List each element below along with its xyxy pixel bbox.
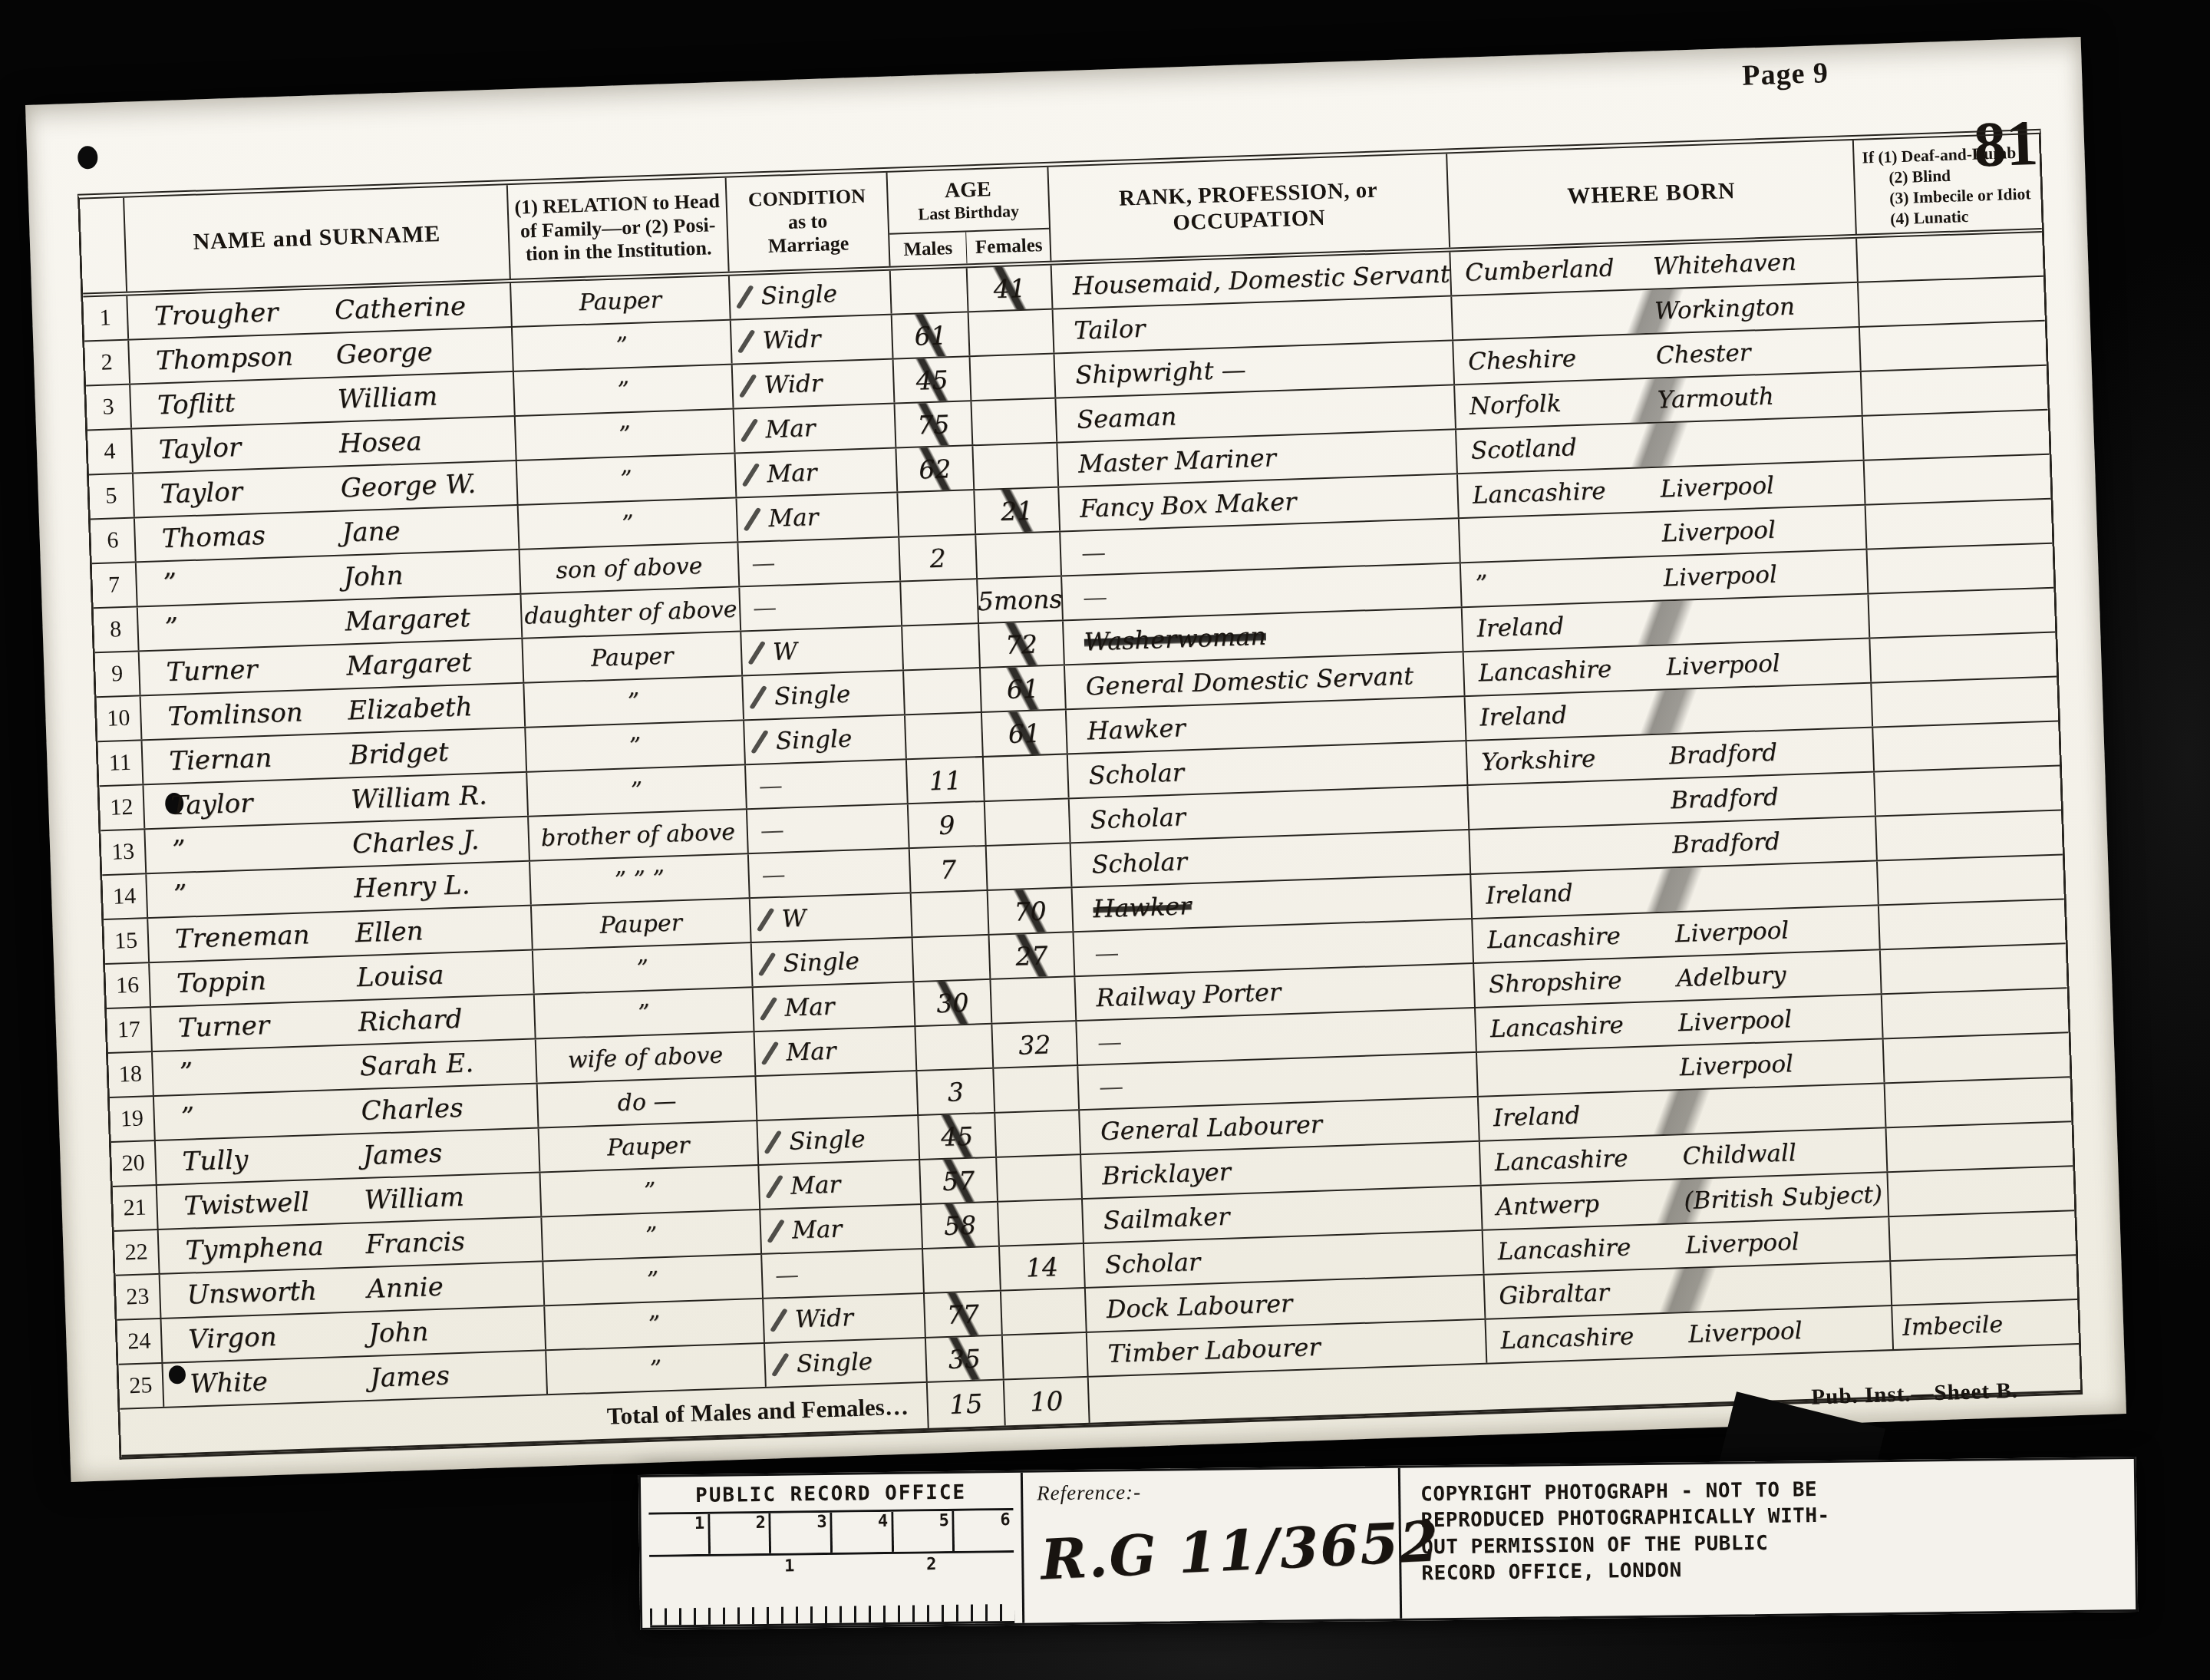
age-males-cell: 35 xyxy=(926,1336,1004,1381)
surname: Thompson xyxy=(155,340,336,377)
header-row-number xyxy=(80,198,127,293)
born-county: ” xyxy=(1475,564,1664,598)
age-males-cell: 3 xyxy=(917,1069,995,1114)
ruler-segment: 6 xyxy=(955,1510,1014,1551)
surname: Toppin xyxy=(176,962,357,999)
age-males-cell: 45 xyxy=(919,1114,997,1159)
surname: ” xyxy=(172,829,353,866)
age-males-cell: 61 xyxy=(892,312,971,358)
born-county: Lancashire xyxy=(1478,653,1667,687)
born-town: Adelbury xyxy=(1676,961,1786,992)
born-county: Ireland xyxy=(1493,1098,1681,1132)
born-county: Lancashire xyxy=(1472,476,1661,510)
born-county: Lancashire xyxy=(1497,1232,1686,1266)
condition-cell xyxy=(756,1071,919,1120)
born-county: Cumberland xyxy=(1465,253,1654,287)
age-males-cell: 57 xyxy=(920,1158,998,1203)
ruler-segment: 2 xyxy=(710,1513,771,1554)
occupation-value: Timber Labourer xyxy=(1107,1332,1321,1368)
born-county: Ireland xyxy=(1476,609,1665,642)
surname: Tiernan xyxy=(169,740,350,777)
pencil-tick xyxy=(736,285,754,309)
age-females-cell: 41 xyxy=(968,266,1054,312)
forename: Charles J. xyxy=(351,825,480,860)
forename: George xyxy=(335,337,433,371)
age-males-cell xyxy=(905,713,984,758)
age-females-cell xyxy=(997,1155,1083,1201)
ruler-segment-number: 4 xyxy=(878,1512,889,1531)
born-town: Liverpool xyxy=(1677,1005,1792,1037)
condition-value: — xyxy=(760,817,783,845)
forename: George W. xyxy=(340,469,477,504)
ruler-segment-number: 5 xyxy=(939,1511,950,1530)
relation-cell: ” xyxy=(540,1166,760,1216)
occupation-value: — xyxy=(1080,538,1104,568)
relation-cell: ” xyxy=(527,765,747,815)
condition-cell: Single xyxy=(730,271,892,319)
condition-value: Single xyxy=(789,1125,866,1155)
relation-cell: son of above xyxy=(520,543,741,592)
condition-value: Mar xyxy=(786,1038,836,1067)
age-females-cell: 61 xyxy=(981,665,1067,711)
ruler-segment-number: 2 xyxy=(756,1513,767,1533)
age-females-cell xyxy=(994,1066,1080,1112)
infirmity-cell xyxy=(1887,1122,2074,1171)
condition-cell: — xyxy=(740,582,902,630)
condition-value: Mar xyxy=(768,503,819,533)
condition-cell: Widr xyxy=(764,1294,926,1342)
header-age-males: Males xyxy=(889,232,967,266)
pencil-tick xyxy=(771,1352,790,1377)
pencil-tick xyxy=(749,685,767,710)
infirmity-cell xyxy=(1882,989,2070,1038)
pencil-tick xyxy=(764,1130,782,1155)
condition-cell: Mar xyxy=(736,449,899,497)
row-number: 14 xyxy=(102,874,148,919)
occupation-value: Washerwoman xyxy=(1084,622,1266,657)
age-females-cell xyxy=(1001,1289,1087,1335)
age-females-cell xyxy=(971,399,1057,445)
infirmity-cell xyxy=(1868,544,2055,593)
age-males-cell: 58 xyxy=(922,1203,1000,1248)
occupation-value: General Domestic Servant xyxy=(1085,661,1413,701)
infirmity-cell xyxy=(1863,411,2050,460)
forename: Sarah E. xyxy=(359,1048,474,1082)
born-town: Liverpool xyxy=(1660,472,1774,503)
row-number: 10 xyxy=(97,696,143,741)
forename: Charles xyxy=(361,1093,463,1127)
age-females-cell: 72 xyxy=(979,621,1065,667)
forename: Henry L. xyxy=(353,870,470,904)
row-number: 2 xyxy=(84,341,130,385)
pencil-tick xyxy=(741,418,759,443)
relation-cell: ” xyxy=(519,498,739,548)
age-males-cell: 2 xyxy=(899,535,978,580)
born-town: Liverpool xyxy=(1666,650,1780,682)
age-males-cell: 7 xyxy=(910,847,988,892)
surname: Turner xyxy=(166,651,347,688)
page-label: Page 9 xyxy=(1742,56,1829,93)
born-county xyxy=(1483,800,1671,807)
photograph-background: Page 9 81 NAME and SURNAME (1) RELATION … xyxy=(0,0,2210,1680)
surname: Taylor xyxy=(160,474,341,510)
infirmity-cell xyxy=(1875,766,2062,815)
forename: Hosea xyxy=(338,426,422,460)
header-age-title: AGE xyxy=(944,177,991,203)
condition-value: — xyxy=(751,550,774,578)
header-age: AGE Last Birthday Males Females xyxy=(888,167,1052,266)
relation-cell: daughter of above xyxy=(521,587,741,637)
row-number: 5 xyxy=(89,474,135,519)
occupation-value: — xyxy=(1099,1071,1123,1101)
born-county: Scotland xyxy=(1470,431,1659,465)
occupation-value: Scholar xyxy=(1090,802,1186,834)
occupation-value: Shipwright — xyxy=(1075,355,1246,389)
condition-value: Mar xyxy=(792,1215,843,1244)
born-town: Bradford xyxy=(1672,828,1781,860)
born-county: Ireland xyxy=(1486,876,1674,909)
condition-cell: Single xyxy=(752,938,915,986)
infirmity-cell xyxy=(1873,721,2060,771)
infirmity-cell xyxy=(1870,633,2057,682)
infirmity-cell xyxy=(1878,855,2065,904)
row-number: 7 xyxy=(92,563,138,607)
condition-cell: — xyxy=(747,804,910,853)
header-name-label: NAME and SURNAME xyxy=(193,220,441,256)
surname: ” xyxy=(173,873,355,910)
infirmity-cell xyxy=(1885,1078,2073,1127)
born-town: Liverpool xyxy=(1663,561,1777,592)
condition-cell: Single xyxy=(757,1116,920,1164)
surname: ” xyxy=(180,1096,361,1133)
surname: ” xyxy=(163,563,344,599)
forename: Jane xyxy=(341,516,401,548)
surname: Turner xyxy=(177,1007,358,1044)
condition-cell: Widr xyxy=(733,360,896,408)
condition-cell: — xyxy=(738,537,901,586)
condition-cell: Mar xyxy=(754,982,916,1031)
pencil-tick xyxy=(742,463,760,487)
surname: Tully xyxy=(182,1140,363,1177)
pencil-tick xyxy=(770,1308,788,1332)
row-number: 4 xyxy=(87,430,134,474)
relation-cell: ” xyxy=(546,1344,767,1394)
born-county xyxy=(1492,1068,1680,1074)
relation-cell: ” xyxy=(514,365,734,415)
header-age-subtitle: Last Birthday xyxy=(918,201,1019,224)
born-county xyxy=(1484,845,1672,851)
pro-office-title: PUBLIC RECORD OFFICE xyxy=(641,1473,1021,1513)
totals-females: 10 xyxy=(1004,1378,1090,1426)
forename: Louisa xyxy=(356,959,444,993)
condition-cell: — xyxy=(746,760,909,808)
age-females-cell xyxy=(995,1111,1081,1157)
row-number: 1 xyxy=(83,296,129,341)
relation-cell: ” xyxy=(542,1210,762,1260)
relation-cell: Pauper xyxy=(539,1121,760,1171)
forename: Francis xyxy=(365,1226,466,1260)
row-number: 24 xyxy=(117,1319,163,1364)
infirmity-cell xyxy=(1872,678,2059,727)
infirmity-cell xyxy=(1891,1256,2078,1305)
condition-value: — xyxy=(758,772,781,800)
row-number: 16 xyxy=(105,963,151,1008)
row-number: 12 xyxy=(99,785,145,830)
pencil-tick xyxy=(737,329,756,354)
surname: Tymphena xyxy=(185,1229,366,1266)
born-town: Chester xyxy=(1655,339,1751,370)
age-females-cell xyxy=(985,799,1071,845)
condition-cell: Mar xyxy=(755,1027,918,1075)
census-table: NAME and SURNAME (1) RELATION to Head of… xyxy=(78,129,2083,1460)
relation-cell: ” ” ” xyxy=(530,854,750,904)
born-town: Liverpool xyxy=(1688,1317,1803,1348)
occupation-value: Master Mariner xyxy=(1078,443,1277,479)
row-number: 22 xyxy=(114,1230,160,1275)
relation-cell: Pauper xyxy=(532,899,752,949)
age-males-cell: 77 xyxy=(925,1292,1003,1337)
born-county: Lancashire xyxy=(1500,1321,1689,1355)
born-county: Lancashire xyxy=(1489,1009,1678,1043)
relation-cell: ” xyxy=(545,1299,765,1349)
condition-value: W xyxy=(773,638,798,666)
row-number: 8 xyxy=(94,607,140,652)
condition-value: — xyxy=(761,861,784,890)
age-females-cell: 70 xyxy=(988,888,1074,934)
relation-cell: ” xyxy=(517,454,737,503)
age-females-cell xyxy=(973,444,1059,490)
age-females-cell: 5mons xyxy=(978,576,1064,622)
occupation-value: Scholar xyxy=(1091,847,1188,879)
surname: Twistwell xyxy=(183,1185,364,1222)
condition-cell: — xyxy=(762,1249,925,1298)
ruler-segment-number: 1 xyxy=(694,1514,705,1533)
reference-label: Reference:- xyxy=(1037,1477,1384,1506)
condition-value: Single xyxy=(783,948,859,978)
ink-blot xyxy=(78,146,98,170)
occupation-value: General Labourer xyxy=(1100,1110,1322,1147)
born-county xyxy=(1474,534,1662,540)
age-males-cell xyxy=(915,1025,994,1070)
born-town: Liverpool xyxy=(1679,1050,1793,1081)
born-town: Bradford xyxy=(1671,784,1780,815)
surname: Virgon xyxy=(188,1319,369,1355)
infirmity-cell xyxy=(1889,1211,2076,1260)
occupation-value: Bricklayer xyxy=(1101,1157,1231,1191)
forename: James xyxy=(370,1361,450,1394)
surname: Thomas xyxy=(161,518,342,555)
occupation-value: Hawker xyxy=(1093,891,1192,923)
age-females-cell xyxy=(991,977,1077,1023)
forename: Margaret xyxy=(345,602,471,637)
age-females-cell: 61 xyxy=(982,710,1068,756)
condition-cell: Mar xyxy=(760,1205,923,1253)
infirmity-cell xyxy=(1859,277,2046,326)
relation-cell: ” xyxy=(543,1255,764,1305)
age-females-cell: 21 xyxy=(975,488,1060,534)
row-number: 13 xyxy=(101,830,147,874)
pencil-tick xyxy=(739,374,757,398)
condition-cell: Widr xyxy=(731,315,894,364)
header-infirmity: If (1) Deaf-and-Dumb (2) Blind (3) Imbec… xyxy=(1854,134,2043,234)
surname: Taylor xyxy=(170,784,351,821)
census-sheet: Page 9 81 NAME and SURNAME (1) RELATION … xyxy=(25,37,2126,1482)
reference-value: R.G 11/3652 xyxy=(1039,1508,1441,1592)
infirmity-cell xyxy=(1860,322,2047,371)
condition-value: — xyxy=(774,1261,797,1289)
age-males-cell xyxy=(901,579,979,625)
header-age-females: Females xyxy=(966,229,1051,263)
condition-cell: Single xyxy=(744,715,907,764)
occupation-value: Railway Porter xyxy=(1096,977,1281,1012)
ruler-segment: 4 xyxy=(832,1512,893,1553)
condition-cell: Mar xyxy=(737,493,899,541)
infirmity-cell xyxy=(1866,500,2053,549)
header-where-born: WHERE BORN xyxy=(1447,140,1857,248)
header-condition: CONDITION as to Marriage xyxy=(727,173,891,272)
born-county: Lancashire xyxy=(1494,1143,1683,1177)
occupation-value: — xyxy=(1097,1027,1121,1057)
age-males-cell xyxy=(923,1247,1001,1292)
relation-cell: ” xyxy=(516,410,736,460)
infirmity-cell xyxy=(1884,1033,2071,1082)
pencil-tick xyxy=(761,1041,780,1066)
age-females-cell xyxy=(976,532,1062,578)
condition-value: Widr xyxy=(794,1304,853,1333)
forename: Bridget xyxy=(349,737,450,771)
forename: Margaret xyxy=(346,647,473,682)
born-town: Liverpool xyxy=(1674,916,1789,948)
row-number: 3 xyxy=(86,385,132,430)
infirmity-cell xyxy=(1879,899,2067,949)
condition-value: Mar xyxy=(767,459,817,488)
condition-value: Mar xyxy=(765,414,816,444)
ruler-segment: 5 xyxy=(893,1511,955,1552)
condition-cell: Mar xyxy=(759,1160,922,1209)
forename: John xyxy=(368,1316,429,1349)
age-females-cell xyxy=(969,310,1055,356)
age-males-cell: 9 xyxy=(909,802,987,847)
age-females-cell: 32 xyxy=(992,1022,1078,1068)
age-males-cell: 62 xyxy=(896,446,975,491)
header-relation: (1) RELATION to Head of Family—or (2) Po… xyxy=(508,178,730,279)
infirmity-cell xyxy=(1881,944,2068,993)
born-county: Cheshire xyxy=(1468,342,1657,376)
occupation-value: Hawker xyxy=(1087,713,1186,745)
surname: Trougher xyxy=(154,295,335,332)
age-males-cell xyxy=(902,624,981,669)
condition-value: Widr xyxy=(764,370,823,399)
condition-cell: W xyxy=(750,893,913,942)
pencil-tick xyxy=(750,730,769,754)
forename: William xyxy=(364,1182,465,1216)
totals-males: 15 xyxy=(928,1381,1006,1428)
surname: Toflitt xyxy=(157,385,338,421)
relation-cell: ” xyxy=(535,988,755,1038)
age-females-cell xyxy=(971,355,1057,401)
born-town: Bradford xyxy=(1669,739,1778,771)
pencil-tick xyxy=(765,1175,783,1200)
age-females-cell xyxy=(998,1200,1084,1246)
born-town: (British Subject) xyxy=(1684,1180,1883,1215)
relation-cell: brother of above xyxy=(529,810,749,860)
pencil-tick xyxy=(757,908,775,932)
condition-value: Single xyxy=(760,280,837,310)
condition-value: Widr xyxy=(762,325,821,355)
born-county: Gibraltar xyxy=(1499,1276,1687,1310)
row-number: 20 xyxy=(111,1141,157,1186)
forename: John xyxy=(343,560,404,593)
census-rows: 1TrougherCatherinePauperSingle41Housemai… xyxy=(83,233,2079,1410)
row-number: 23 xyxy=(116,1275,162,1319)
relation-cell: ” xyxy=(513,321,733,371)
forename: Elizabeth xyxy=(348,691,473,726)
relation-cell: ” xyxy=(524,676,744,726)
born-county: Yorkshire xyxy=(1481,742,1670,776)
born-town: Yarmouth xyxy=(1657,383,1774,414)
forename: William R. xyxy=(351,780,488,815)
born-county: Ireland xyxy=(1479,698,1668,731)
surname: ” xyxy=(164,606,345,643)
relation-cell: Pauper xyxy=(523,632,743,682)
relation-cell: Pauper xyxy=(511,276,731,326)
pencil-tick xyxy=(747,641,766,665)
relation-cell: ” xyxy=(533,943,754,993)
age-males-cell xyxy=(898,490,976,536)
condition-value: W xyxy=(781,905,806,933)
ruler-segment: 3 xyxy=(771,1513,833,1553)
forename: Richard xyxy=(358,1004,463,1038)
age-males-cell xyxy=(913,936,991,981)
row-number: 21 xyxy=(113,1186,159,1230)
condition-cell: Single xyxy=(765,1338,928,1387)
condition-value: Single xyxy=(796,1348,872,1378)
occupation-value: Tailor xyxy=(1074,314,1146,345)
pencil-tick xyxy=(767,1220,785,1244)
condition-value: Mar xyxy=(784,993,835,1022)
condition-value: Mar xyxy=(790,1170,841,1200)
infirmity-cell: Imbecile xyxy=(1892,1300,2080,1349)
row-number: 15 xyxy=(104,919,150,963)
ruler-segment: 1 xyxy=(648,1514,710,1555)
occupation-value: Dock Labourer xyxy=(1106,1289,1293,1324)
condition-cell: Mar xyxy=(734,404,897,453)
surname: Treneman xyxy=(174,918,355,955)
condition-cell: Single xyxy=(743,671,905,719)
age-females-cell xyxy=(987,843,1073,890)
ruler-segment-number: 6 xyxy=(1000,1510,1011,1530)
condition-value: Single xyxy=(775,725,852,755)
age-males-cell xyxy=(912,891,990,936)
occupation-value: — xyxy=(1094,938,1118,968)
born-town: Liverpool xyxy=(1661,517,1776,548)
age-females-cell: 27 xyxy=(990,932,1076,979)
pro-reference-panel: Reference:- R.G 11/3652 xyxy=(1023,1468,1402,1623)
surname: Taylor xyxy=(158,429,339,466)
born-county: Antwerp xyxy=(1496,1187,1684,1221)
row-number: 9 xyxy=(95,652,141,696)
forename: Annie xyxy=(367,1272,444,1305)
forename: James xyxy=(362,1138,443,1171)
header-name: NAME and SURNAME xyxy=(124,185,511,292)
infirmity-cell xyxy=(1857,233,2044,282)
forename: William xyxy=(337,381,438,414)
occupation-value: — xyxy=(1082,583,1106,612)
age-males-cell: 30 xyxy=(915,980,993,1025)
surname: White xyxy=(190,1363,371,1400)
relation-cell: ” xyxy=(526,721,746,771)
born-town: Whitehaven xyxy=(1653,249,1797,281)
